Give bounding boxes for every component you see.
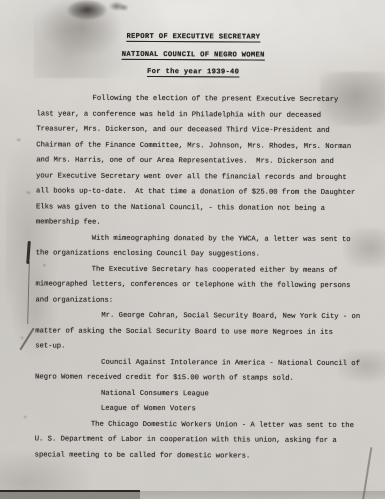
paper-grain-texture xyxy=(0,0,385,499)
scanned-document-page: REPORT OF EXECUTIVE SECRETARY NATIONAL C… xyxy=(0,0,385,499)
